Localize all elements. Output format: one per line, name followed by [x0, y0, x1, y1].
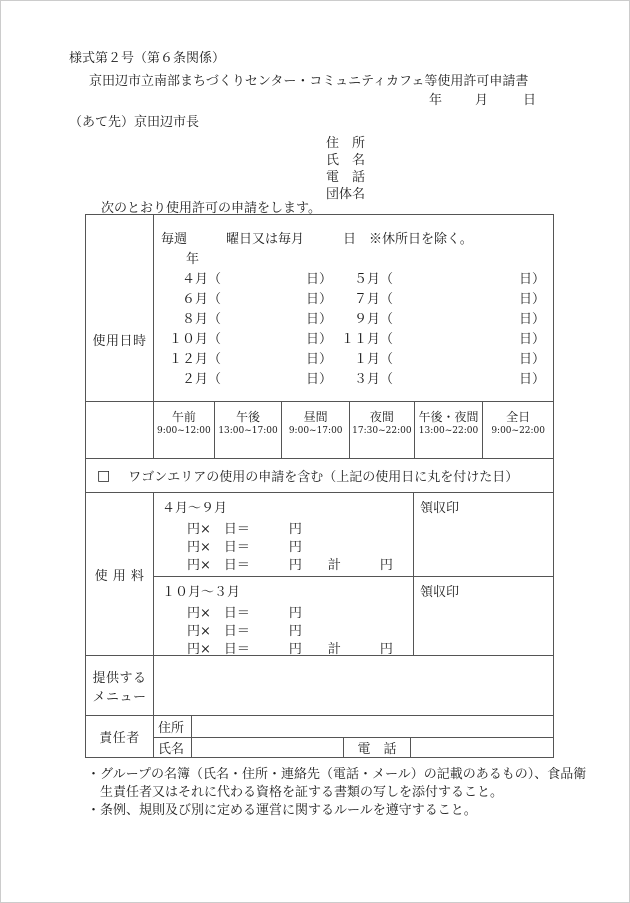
open-paren: （	[380, 368, 393, 388]
time-slot-all-day: 全日 9:00~22:00	[482, 402, 553, 458]
manager-name-field[interactable]	[192, 738, 343, 757]
open-paren: （	[208, 288, 221, 308]
application-table: 使用日時 毎週 曜日又は毎月 日 ※休所日を除く。 年 ４月（日） ５月（日） …	[85, 214, 554, 758]
applicant-fields: 住 所 氏 名 電 話 団体名	[326, 132, 365, 200]
day-close: 日）	[306, 328, 332, 348]
day-close: 日）	[306, 348, 332, 368]
manager-phone-field[interactable]	[411, 738, 553, 757]
manager-address-field[interactable]	[192, 716, 553, 737]
month-blank[interactable]	[221, 288, 306, 308]
menu-label: 提供する メニュー	[86, 656, 154, 715]
month-label: ３月	[338, 368, 380, 388]
month-label: ５月	[338, 268, 380, 288]
form-number: 様式第２号（第６条関係）	[69, 47, 225, 66]
slot-name: 午後・夜間	[419, 408, 479, 425]
usage-datetime-content: 毎週 曜日又は毎月 日 ※休所日を除く。 年 ４月（日） ５月（日） ６月（日）…	[154, 215, 553, 401]
fee-range-label: ４月～９月	[154, 497, 413, 518]
manager-name-label: 氏名	[154, 738, 192, 757]
month-row: ２月（日） ３月（日）	[154, 368, 553, 388]
date-line: 年 月 日	[429, 89, 536, 108]
usage-datetime-label: 使用日時	[86, 215, 154, 401]
wagon-checkbox[interactable]: □	[97, 468, 110, 484]
applicant-name-label: 氏 名	[326, 149, 365, 166]
day-close: 日）	[519, 328, 545, 348]
slot-time: 17:30~22:00	[352, 426, 411, 436]
open-paren: （	[208, 368, 221, 388]
day-close: 日）	[519, 288, 545, 308]
wagon-area-row: □ ワゴンエリアの使用の申請を含む（上記の使用日に丸を付けた日）	[86, 458, 553, 492]
time-slot-daytime: 昼間 9:00~17:00	[281, 402, 349, 458]
fee-period-apr-sep: ４月～９月 円× 日＝ 円 円× 日＝ 円 円× 日＝ 円 計 円 領収印	[154, 493, 553, 576]
month-blank[interactable]	[393, 288, 519, 308]
fee-line: 円× 日＝ 円	[154, 620, 413, 638]
slot-name: 昼間	[304, 408, 328, 425]
slot-time: 9:00~17:00	[289, 426, 343, 436]
applicant-phone-label: 電 話	[326, 166, 365, 183]
open-paren: （	[208, 348, 221, 368]
month-row: １０月（日） １１月（日）	[154, 328, 553, 348]
footnote-line: 生責任者又はそれに代わる資格を証する書類の写しを添付すること。	[87, 781, 587, 799]
time-slots-row: 午前 9:00~12:00 午後 13:00~17:00 昼間 9:00~17:…	[86, 401, 553, 458]
month-blank[interactable]	[393, 368, 519, 388]
menu-label-line2: メニュー	[92, 686, 146, 705]
month-row: １２月（日） １月（日）	[154, 348, 553, 368]
month-label: ６月	[154, 288, 208, 308]
time-slot-evening: 夜間 17:30~22:00	[349, 402, 414, 458]
fee-period-oct-mar: １０月～３月 円× 日＝ 円 円× 日＝ 円 円× 日＝ 円 計 円 領収印	[154, 576, 553, 655]
month-label: １１月	[338, 328, 380, 348]
month-blank[interactable]	[393, 268, 519, 288]
day-close: 日）	[306, 368, 332, 388]
month-blank[interactable]	[221, 328, 306, 348]
fee-lines: １０月～３月 円× 日＝ 円 円× 日＝ 円 円× 日＝ 円 計 円	[154, 577, 413, 655]
time-slot-afternoon: 午後 13:00~17:00	[214, 402, 282, 458]
receipt-seal-cell: 領収印	[413, 577, 553, 655]
slot-name: 午前	[172, 408, 196, 425]
month-label: ２月	[154, 368, 208, 388]
open-paren: （	[208, 308, 221, 328]
month-blank[interactable]	[221, 348, 306, 368]
usage-datetime-row: 使用日時 毎週 曜日又は毎月 日 ※休所日を除く。 年 ４月（日） ５月（日） …	[86, 215, 553, 401]
manager-address-row: 住所	[154, 716, 553, 737]
month-blank[interactable]	[221, 368, 306, 388]
day-close: 日）	[519, 368, 545, 388]
open-paren: （	[380, 348, 393, 368]
menu-label-line1: 提供する	[92, 667, 146, 686]
month-blank[interactable]	[393, 308, 519, 328]
slot-time: 13:00~17:00	[218, 426, 277, 436]
month-label: １２月	[154, 348, 208, 368]
day-close: 日）	[306, 288, 332, 308]
month-label: ４月	[154, 268, 208, 288]
slot-time: 9:00~22:00	[491, 426, 545, 436]
fee-line: 円× 日＝ 円 計 円	[154, 554, 413, 572]
applicant-address-label: 住 所	[326, 132, 365, 149]
date-day-label: 日	[523, 89, 536, 108]
manager-phone-label: 電 話	[343, 738, 411, 757]
month-row: ８月（日） ９月（日）	[154, 308, 553, 328]
month-blank[interactable]	[393, 348, 519, 368]
applicant-group-label: 団体名	[326, 183, 365, 200]
open-paren: （	[208, 268, 221, 288]
time-slot-afternoon-evening: 午後・夜間 13:00~22:00	[414, 402, 483, 458]
open-paren: （	[208, 328, 221, 348]
month-label: ８月	[154, 308, 208, 328]
slot-name: 午後	[236, 408, 260, 425]
month-label: １月	[338, 348, 380, 368]
month-row: ４月（日） ５月（日）	[154, 268, 553, 288]
fee-line: 円× 日＝ 円	[154, 602, 413, 620]
month-blank[interactable]	[393, 328, 519, 348]
date-month-label: 月	[475, 89, 488, 108]
date-year-label: 年	[429, 89, 442, 108]
receipt-seal-cell: 領収印	[413, 493, 553, 576]
day-close: 日）	[306, 268, 332, 288]
year-label: 年	[154, 248, 553, 268]
month-label: ７月	[338, 288, 380, 308]
day-close: 日）	[519, 348, 545, 368]
slot-time: 9:00~12:00	[157, 426, 211, 436]
menu-row: 提供する メニュー	[86, 655, 553, 715]
usage-fee-label: 使 用 料	[86, 493, 154, 655]
open-paren: （	[380, 328, 393, 348]
wagon-label: ワゴンエリアの使用の申請を含む（上記の使用日に丸を付けた日）	[128, 466, 518, 485]
open-paren: （	[380, 268, 393, 288]
manager-content: 住所 氏名 電 話	[154, 716, 553, 757]
day-close: 日）	[519, 308, 545, 328]
weekly-line: 毎週 曜日又は毎月 日 ※休所日を除く。	[154, 228, 553, 248]
fee-line: 円× 日＝ 円	[154, 518, 413, 536]
addressee: （あて先）京田辺市長	[69, 111, 199, 130]
open-paren: （	[380, 288, 393, 308]
manager-address-label: 住所	[154, 716, 192, 737]
slot-time: 13:00~22:00	[419, 426, 478, 436]
slot-name: 夜間	[370, 408, 394, 425]
manager-name-row: 氏名 電 話	[154, 737, 553, 757]
month-label: １０月	[154, 328, 208, 348]
month-blank[interactable]	[221, 268, 306, 288]
time-slot-morning: 午前 9:00~12:00	[154, 402, 214, 458]
usage-fee-row: 使 用 料 ４月～９月 円× 日＝ 円 円× 日＝ 円 円× 日＝ 円 計 円 …	[86, 492, 553, 655]
menu-input-area[interactable]	[154, 656, 553, 715]
manager-row: 責任者 住所 氏名 電 話	[86, 715, 553, 757]
footnote-line: ・条例、規則及び別に定める運営に関するルールを遵守すること。	[87, 799, 587, 817]
month-row: ６月（日） ７月（日）	[154, 288, 553, 308]
time-slots-spacer	[86, 402, 154, 458]
month-label: ９月	[338, 308, 380, 328]
fee-range-label: １０月～３月	[154, 581, 413, 602]
slot-name: 全日	[506, 408, 530, 425]
fee-line: 円× 日＝ 円 計 円	[154, 638, 413, 656]
footnotes: ・グループの名簿（氏名・住所・連絡先（電話・メール）の記載のあるもの）、食品衛 …	[87, 763, 587, 817]
manager-label: 責任者	[86, 716, 154, 757]
application-form-page: 様式第２号（第６条関係） 京田辺市立南部まちづくりセンター・コミュニティカフェ等…	[0, 0, 630, 903]
usage-fee-content: ４月～９月 円× 日＝ 円 円× 日＝ 円 円× 日＝ 円 計 円 領収印 １０…	[154, 493, 553, 655]
month-blank[interactable]	[221, 308, 306, 328]
footnote-line: ・グループの名簿（氏名・住所・連絡先（電話・メール）の記載のあるもの）、食品衛	[87, 763, 587, 781]
day-close: 日）	[519, 268, 545, 288]
page-title: 京田辺市立南部まちづくりセンター・コミュニティカフェ等使用許可申請書	[89, 70, 528, 89]
open-paren: （	[380, 308, 393, 328]
day-close: 日）	[306, 308, 332, 328]
fee-lines: ４月～９月 円× 日＝ 円 円× 日＝ 円 円× 日＝ 円 計 円	[154, 493, 413, 576]
fee-line: 円× 日＝ 円	[154, 536, 413, 554]
